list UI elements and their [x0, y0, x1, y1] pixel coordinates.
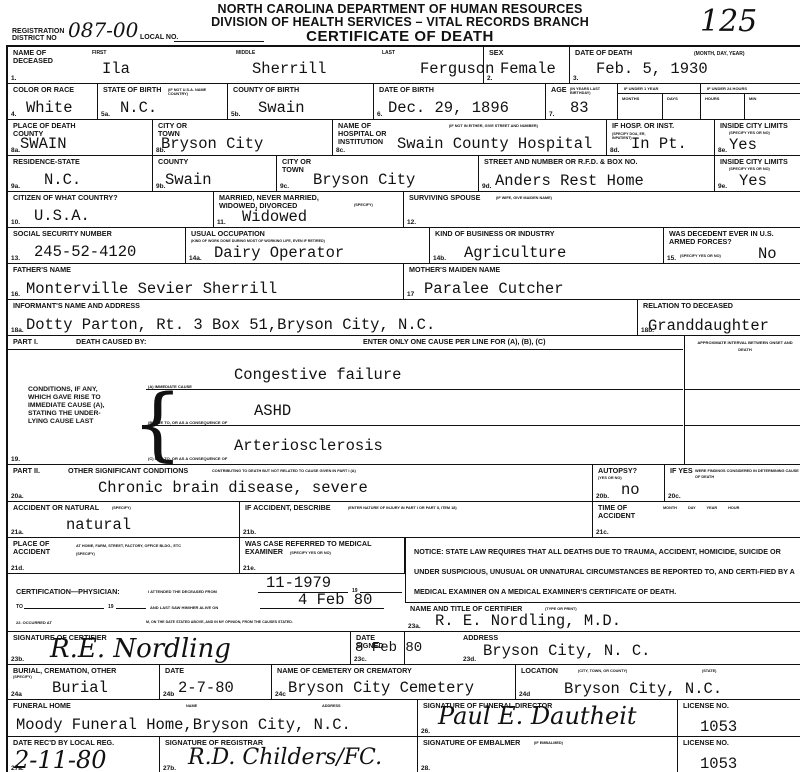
sex-value: Female: [500, 60, 556, 78]
state-of-birth-sublabel: (IF NOT U.S.A. NAME COUNTRY): [168, 88, 224, 96]
residence-inside-city-sublabel: (SPECIFY YES OR NO): [729, 167, 770, 171]
item-number: 23b.: [11, 656, 24, 663]
item-number: 20c.: [668, 493, 681, 500]
residence-inside-city-field: INSIDE CITY LIMITS (SPECIFY YES OR NO) Y…: [715, 156, 800, 192]
accident-describe-sublabel: (ENTER NATURE OF INJURY IN PART I OR PAR…: [348, 506, 457, 510]
embalmer-sublabel: (IF EMBALMED): [534, 741, 563, 745]
accident-natural-label: ACCIDENT OR NATURAL: [13, 504, 99, 512]
embalmer-license-label: LICENSE NO.: [683, 739, 729, 747]
funeral-address-sublabel: ADDRESS: [322, 704, 341, 708]
father-name-field: FATHER'S NAME Monterville Sevier Sherril…: [8, 264, 404, 300]
divider: [685, 389, 800, 390]
occupation-sublabel: (KIND OF WORK DONE DURING MOST OF WORKIN…: [191, 239, 421, 243]
armed-forces-sublabel: (SPECIFY YES OR NO): [680, 254, 721, 258]
father-name-value: Monterville Sevier Sherrill: [26, 280, 277, 298]
certifier-signature: R.E. Nordling: [50, 634, 231, 664]
disposition-date-field: DATE 2-7-80 24b: [160, 665, 272, 700]
item-number: 6.: [377, 111, 382, 118]
surviving-spouse-label: SURVIVING SPOUSE: [409, 194, 480, 202]
mother-maiden-name-label: MOTHER'S MAIDEN NAME: [409, 266, 500, 274]
autopsy-label: AUTOPSY?: [598, 467, 637, 475]
item-number: 23d.: [463, 656, 476, 663]
last-label: LAST: [382, 50, 395, 56]
date-of-birth-field: DATE OF BIRTH Dec. 29, 1896 6.: [374, 84, 546, 120]
registrar-signature: R.D. Childers/FC.: [188, 745, 382, 770]
death-inside-city-label: INSIDE CITY LIMITS: [720, 122, 788, 130]
year-line: [116, 608, 146, 609]
months-label: MONTHS: [622, 96, 639, 101]
age-value: 83: [570, 99, 589, 117]
certificate-number: 125: [700, 4, 757, 39]
item-number: 21d.: [11, 565, 24, 572]
interval-label: APPROXIMATE INTERVAL BETWEEN ONSET AND D…: [697, 339, 793, 353]
part1-label: PART I.: [13, 338, 38, 346]
date-received-value: 2-11-80: [14, 746, 107, 772]
location-value: Bryson City, N.C.: [564, 680, 722, 698]
cause-b-value: ASHD: [254, 402, 291, 420]
item-number: 21a.: [11, 529, 24, 536]
death-inside-city-value: Yes: [729, 136, 757, 154]
hospital-status-label: IF HOSP. OR INST.: [612, 122, 674, 130]
other-conditions-label: OTHER SIGNIFICANT CONDITIONS: [68, 467, 188, 475]
ssn-label: SOCIAL SECURITY NUMBER: [13, 230, 112, 238]
under-24-hours-label: IF UNDER 24 HOURS: [707, 86, 747, 91]
opinion-text: M, ON THE DATE STATED ABOVE, AND IN MY O…: [146, 620, 293, 624]
funeral-director-signature: Paul E. Dautheit: [438, 702, 637, 730]
mother-maiden-name-value: Paralee Cutcher: [424, 280, 564, 298]
local-no-label: LOCAL NO.: [140, 34, 178, 41]
item-number: 20a.: [11, 493, 24, 500]
father-name-label: FATHER'S NAME: [13, 266, 71, 274]
accident-natural-sublabel: (SPECIFY): [112, 506, 131, 510]
item-number: 18a.: [11, 327, 24, 334]
min-label: MIN: [749, 96, 756, 101]
death-county-field: PLACE OF DEATH COUNTY SWAIN 8a.: [8, 120, 153, 156]
item-number: 7.: [549, 111, 554, 118]
relation-field: RELATION TO DECEASED Granddaughter 18b.: [638, 300, 800, 336]
certifier-name-field: NAME AND TITLE OF CERTIFIER (Type or Pri…: [405, 603, 800, 632]
county-of-birth-label: COUNTY OF BIRTH: [233, 86, 299, 94]
autopsy-sublabel: (YES OR NO): [598, 476, 622, 480]
informant-label: INFORMANT'S NAME AND ADDRESS: [13, 302, 140, 310]
item-number: 17: [407, 291, 414, 298]
citizen-field: CITIZEN OF WHAT COUNTRY? U.S.A. 10.: [8, 192, 214, 228]
if-yes-sublabel: WERE FINDINGS CONSIDERED IN DETERMINING …: [695, 468, 799, 480]
business-value: Agriculture: [464, 244, 566, 262]
disposition-method-sublabel: (SPECIFY): [13, 675, 32, 679]
hospital-status-field: IF HOSP. OR INST. (Specify DOA, ER, Inpa…: [607, 120, 715, 156]
attended-text: I ATTENDED THE DECEASED FROM: [148, 589, 217, 594]
certification-label: CERTIFICATION—PHYSICIAN:: [16, 588, 120, 596]
ssn-value: 245-52-4120: [34, 243, 136, 261]
item-number: 21c.: [596, 529, 609, 536]
item-number: 28.: [421, 765, 430, 772]
residence-inside-city-label: INSIDE CITY LIMITS: [720, 158, 788, 166]
notice-text: NOTICE: STATE LAW REQUIRES THAT ALL DEAT…: [414, 542, 800, 602]
informant-value: Dotty Parton, Rt. 3 Box 51,Bryson City, …: [26, 316, 435, 334]
divider: [685, 425, 800, 426]
item-number: 3.: [573, 75, 578, 82]
item-number: 14b.: [433, 255, 446, 262]
item-number: 9d.: [482, 183, 491, 190]
under-1-year-header: IF UNDER 1 YEAR: [618, 84, 701, 94]
divider: [146, 389, 683, 390]
registration-label-line1: REGISTRATION: [12, 28, 64, 35]
item-number: 24b: [163, 691, 174, 698]
accident-natural-field: ACCIDENT OR NATURAL (SPECIFY) natural 21…: [8, 502, 240, 538]
armed-forces-value: No: [758, 245, 777, 263]
place-of-accident-label: PLACE OF ACCIDENT: [13, 540, 53, 556]
armed-label-line2: ARMED FORCES?: [669, 237, 732, 246]
autopsy-field: AUTOPSY? (YES OR NO) no 20b.: [593, 465, 665, 502]
item-number: 21b.: [243, 529, 256, 536]
business-field: KIND OF BUSINESS OR INDUSTRY Agriculture…: [430, 228, 664, 264]
item-number: 4.: [11, 111, 16, 118]
embalmer-signature-field: SIGNATURE OF EMBALMER (IF EMBALMED) 28.: [418, 737, 678, 772]
item-number: 8c.: [336, 147, 345, 154]
accident-natural-value: natural: [66, 516, 131, 534]
disposition-method-value: Burial: [52, 679, 108, 697]
physician-certification: CERTIFICATION—PHYSICIAN: I ATTENDED THE …: [8, 574, 405, 632]
residence-street-field: STREET AND NUMBER OR R.F.D. & BOX NO. An…: [479, 156, 715, 192]
state-of-birth-field: STATE OF BIRTH (IF NOT U.S.A. NAME COUNT…: [98, 84, 228, 120]
death-city-field: CITY OR TOWN Bryson City 8b.: [153, 120, 333, 156]
relation-label: RELATION TO DECEASED: [643, 302, 733, 310]
state-of-birth-value: N.C.: [120, 99, 157, 117]
item-number: 1.: [11, 75, 16, 82]
residence-state-value: N.C.: [44, 171, 81, 189]
date-of-death-field: DATE OF DEATH (MONTH, DAY, YEAR) Feb. 5,…: [570, 47, 800, 84]
residence-state-field: RESIDENCE-STATE N.C. 9a.: [8, 156, 153, 192]
registration-label-line2: DISTRICT NO: [12, 35, 64, 42]
item-number: 9e.: [718, 183, 727, 190]
occupation-field: USUAL OCCUPATION (KIND OF WORK DONE DURI…: [186, 228, 430, 264]
hospital-status-value: In Pt.: [631, 135, 687, 153]
county-of-birth-field: COUNTY OF BIRTH Swain 5b.: [228, 84, 374, 120]
time-of-accident-label: TIME OF ACCIDENT: [598, 504, 648, 520]
divider: [8, 349, 683, 350]
cause-c-value: Arteriosclerosis: [234, 437, 383, 455]
item-number: 9b.: [156, 183, 165, 190]
referred-to-me-sublabel: (SPECIFY YES OR NO): [290, 551, 331, 555]
date-signed-field: DATE SIGNED 8 Feb 80 23c.: [351, 632, 405, 665]
item-number: 24a: [11, 691, 22, 698]
residence-county-value: Swain: [165, 171, 212, 189]
conditions-instruction: CONDITIONS, IF ANY, WHICH GAVE RISE TO I…: [28, 386, 120, 426]
hospital-sublabel: (IF NOT IN EITHER, GIVE STREET AND NUMBE…: [449, 124, 538, 128]
color-race-value: White: [26, 99, 73, 117]
marital-sublabel: (SPECIFY): [354, 203, 373, 207]
hours-field: HOURS: [701, 94, 745, 120]
days-field: DAYS: [663, 94, 701, 120]
other-conditions-field: PART II. OTHER SIGNIFICANT CONDITIONS CO…: [8, 465, 593, 502]
item-number: 24c: [275, 691, 286, 698]
item-number: 27a.: [11, 765, 24, 772]
county-of-birth-value: Swain: [258, 99, 305, 117]
last-saw-text: AND LAST SAW HIM/HER ALIVE ON: [150, 605, 218, 610]
item-number: 19.: [11, 456, 20, 463]
first-name-value: Ila: [102, 60, 130, 78]
other-conditions-value: Chronic brain disease, severe: [98, 479, 368, 497]
color-race-label: COLOR OR RACE: [13, 86, 74, 94]
item-number: 8e.: [718, 147, 727, 154]
item-number: 23a.: [408, 623, 421, 630]
cause-a-value: Congestive failure: [234, 366, 401, 384]
disposition-date-value: 2-7-80: [178, 679, 234, 697]
name-of-deceased-field: NAME OF DECEASED FIRST MIDDLE LAST Ila S…: [8, 47, 484, 84]
cemetery-value: Bryson City Cemetery: [288, 679, 474, 697]
occupation-value: Dairy Operator: [214, 244, 344, 262]
department-heading: NORTH CAROLINA DEPARTMENT OF HUMAN RESOU…: [0, 2, 800, 16]
date-of-death-label: DATE OF DEATH: [575, 49, 632, 57]
item-number: 8d.: [610, 147, 619, 154]
autopsy-value: no: [621, 481, 640, 499]
certifier-address-label: ADDRESS: [463, 634, 498, 642]
under-24-hours-header: IF UNDER 24 HOURS: [701, 84, 800, 94]
part2-label: PART II.: [13, 467, 40, 475]
cause-c-label: (c) DUE TO, OR AS A CONSEQUENCE OF: [148, 456, 227, 461]
sex-field: SEX Female 2.: [484, 47, 570, 84]
director-license-field: LICENSE NO. 1053: [678, 700, 800, 737]
hospital-label: NAME OF HOSPITAL OR INSTITUTION: [338, 122, 394, 146]
certifier-address-field: ADDRESS Bryson City, N. C. 23d.: [405, 632, 800, 665]
middle-label: MIDDLE: [236, 50, 255, 56]
item-number: 11.: [217, 219, 226, 226]
armed-forces-field: WAS DECEDENT EVER IN U.S.ARMED FORCES? (…: [664, 228, 800, 264]
color-race-field: COLOR OR RACE White 4.: [8, 84, 98, 120]
occupation-label: USUAL OCCUPATION: [191, 230, 265, 238]
item-number: 13.: [11, 255, 20, 262]
accident-describe-label: IF ACCIDENT, DESCRIBE: [245, 504, 331, 512]
residence-state-label: RESIDENCE-STATE: [13, 158, 80, 166]
time-of-accident-field: TIME OF ACCIDENT MONTH DAY YEAR HOUR 21c…: [593, 502, 800, 538]
marital-status-field: MARRIED, NEVER MARRIED,WIDOWED, DIVORCED…: [214, 192, 404, 228]
item-number: 12.: [407, 219, 416, 226]
location-sublabel: (CITY, TOWN, OR COUNTY): [578, 669, 627, 673]
residence-city-label: CITY OR TOWN: [282, 158, 312, 174]
item-number: 27b.: [163, 765, 176, 772]
certifier-signature-field: SIGNATURE OF CERTIFIER R.E. Nordling 23b…: [8, 632, 351, 665]
other-conditions-sublabel: CONTRIBUTING TO DEATH BUT NOT RELATED TO…: [212, 469, 356, 473]
middle-name-value: Sherrill: [252, 60, 326, 78]
interval-column: APPROXIMATE INTERVAL BETWEEN ONSET AND D…: [685, 336, 800, 465]
item-number: 20b.: [596, 493, 609, 500]
date-of-birth-label: DATE OF BIRTH: [379, 86, 434, 94]
residence-county-label: COUNTY: [158, 158, 188, 166]
informant-field: INFORMANT'S NAME AND ADDRESS Dotty Parto…: [8, 300, 638, 336]
certifier-address-value: Bryson City, N. C.: [483, 642, 650, 660]
mother-maiden-name-field: MOTHER'S MAIDEN NAME Paralee Cutcher 17: [404, 264, 800, 300]
item-number: 15.: [667, 255, 676, 262]
citizen-value: U.S.A.: [34, 207, 90, 225]
to-text: TO: [16, 604, 23, 610]
residence-street-label: STREET AND NUMBER OR R.F.D. & BOX NO.: [484, 158, 637, 166]
year-prefix: 19: [108, 604, 114, 610]
item-number: 21e.: [243, 565, 256, 572]
hospital-field: NAME OF HOSPITAL OR INSTITUTION (IF NOT …: [333, 120, 607, 156]
name-label: NAME OF DECEASED: [13, 49, 73, 65]
funeral-home-value: Moody Funeral Home,Bryson City, N.C.: [16, 716, 351, 734]
age-field: AGE (IN YEARS LAST BIRTHDAY) 83 7.: [546, 84, 618, 120]
residence-city-value: Bryson City: [313, 171, 415, 189]
item-number: 26.: [421, 728, 430, 735]
item-number: 5a.: [101, 111, 110, 118]
date-of-death-sublabel: (MONTH, DAY, YEAR): [694, 51, 745, 57]
relation-value: Granddaughter: [648, 317, 769, 335]
citizen-label: CITIZEN OF WHAT COUNTRY?: [13, 194, 118, 202]
funeral-home-field: FUNERAL HOME NAME ADDRESS Moody Funeral …: [8, 700, 418, 737]
item-number: 5b.: [231, 111, 240, 118]
last-saw-value: 4 Feb 80: [298, 591, 372, 609]
divider: [146, 425, 683, 426]
age-label: AGE: [551, 86, 567, 94]
business-label: KIND OF BUSINESS OR INDUSTRY: [435, 230, 555, 238]
state-of-birth-label: STATE OF BIRTH: [103, 86, 161, 94]
surviving-spouse-field: SURVIVING SPOUSE (IF WIFE, GIVE MAIDEN N…: [404, 192, 800, 228]
medical-examiner-notice: NOTICE: STATE LAW REQUIRES THAT ALL DEAT…: [405, 538, 800, 603]
days-label: DAYS: [667, 96, 678, 101]
item-number: 9a.: [11, 183, 20, 190]
date-of-birth-value: Dec. 29, 1896: [388, 99, 509, 117]
ssn-field: SOCIAL SECURITY NUMBER 245-52-4120 13.: [8, 228, 186, 264]
item-number: 14a.: [189, 255, 202, 262]
attended-from-value: 11-1979: [266, 574, 331, 592]
funeral-home-label: FUNERAL HOME: [13, 702, 71, 710]
embalmer-license-field: LICENSE NO. 1053: [678, 737, 800, 772]
residence-city-field: CITY OR TOWN Bryson City 9c.: [277, 156, 479, 192]
registrar-signature-field: SIGNATURE OF REGISTRAR R.D. Childers/FC.…: [160, 737, 418, 772]
autopsy-findings-field: IF YES WERE FINDINGS CONSIDERED IN DETER…: [665, 465, 800, 502]
director-license-label: LICENSE NO.: [683, 702, 729, 710]
item-number: 10.: [11, 219, 20, 226]
cause-instruction: ENTER ONLY ONE CAUSE PER LINE FOR (a), (…: [363, 338, 546, 346]
item-number: 24d: [519, 691, 530, 698]
sex-label: SEX: [489, 49, 503, 57]
registration-district-no: 087-00: [68, 18, 138, 42]
place-of-accident-sublabel: AT HOME, FARM, STREET, FACTORY, OFFICE B…: [76, 542, 186, 558]
under-1-year-label: IF UNDER 1 YEAR: [624, 86, 658, 91]
referred-to-me-field: WAS CASE REFERRED TO MEDICAL EXAMINER (S…: [240, 538, 405, 574]
funeral-director-signature-field: SIGNATURE OF FUNERAL DIRECTOR Paul E. Da…: [418, 700, 678, 737]
disposition-method-field: BURIAL, CREMATION, OTHER (SPECIFY) Buria…: [8, 665, 160, 700]
item-number: 8b.: [156, 147, 165, 154]
item-number: 8a.: [11, 147, 20, 154]
death-inside-city-field: INSIDE CITY LIMITS (SPECIFY YES OR NO) Y…: [715, 120, 800, 156]
occurred-text: 22. OCCURRED AT: [16, 620, 52, 625]
date-received-field: DATE REC'D BY LOCAL REG. 2-11-80 27a.: [8, 737, 160, 772]
hospital-value: Swain County Hospital: [397, 135, 592, 153]
embalmer-signature-label: SIGNATURE OF EMBALMER: [423, 739, 520, 747]
date-of-death-value: Feb. 5, 1930: [596, 60, 708, 78]
marital-status-value: Widowed: [242, 208, 307, 226]
funeral-name-sublabel: NAME: [186, 704, 197, 708]
if-yes-label: IF YES: [670, 467, 693, 475]
to-line: [24, 608, 104, 609]
location-state-sublabel: (STATE): [702, 669, 716, 673]
disposition-date-label: DATE: [165, 667, 184, 675]
death-caused-by-label: DEATH CAUSED BY:: [76, 338, 146, 346]
residence-street-value: Anders Rest Home: [495, 172, 644, 190]
residence-inside-city-value: Yes: [739, 172, 767, 190]
cause-of-death-section: PART I. DEATH CAUSED BY: ENTER ONLY ONE …: [8, 336, 685, 465]
months-field: MONTHS: [618, 94, 663, 120]
location-label: LOCATION: [521, 667, 558, 675]
accident-describe-field: IF ACCIDENT, DESCRIBE (ENTER NATURE OF I…: [240, 502, 593, 538]
hours-label: HOURS: [705, 96, 719, 101]
item-number: 23c.: [354, 656, 367, 663]
min-field: MIN: [745, 94, 800, 120]
certifier-name-value: R. E. Nordling, M.D.: [435, 612, 621, 630]
item-number: 16.: [11, 291, 20, 298]
registration-label: REGISTRATION DISTRICT NO: [12, 28, 64, 42]
death-certificate-form: NAME OF DECEASED FIRST MIDDLE LAST Ila S…: [6, 45, 800, 772]
cemetery-label: NAME OF CEMETERY OR CREMATORY: [277, 667, 412, 675]
place-of-accident-field: PLACE OF ACCIDENT AT HOME, FARM, STREET,…: [8, 538, 240, 574]
armed-forces-label: WAS DECEDENT EVER IN U.S.ARMED FORCES?: [669, 230, 799, 246]
death-county-value: SWAIN: [20, 135, 67, 153]
age-sublabel: (IN YEARS LAST BIRTHDAY): [570, 87, 616, 95]
time-of-accident-sublabel: MONTH DAY YEAR HOUR: [663, 506, 739, 510]
surviving-spouse-sublabel: (IF WIFE, GIVE MAIDEN NAME): [496, 196, 552, 200]
location-field: LOCATION (CITY, TOWN, OR COUNTY) (STATE)…: [516, 665, 800, 700]
embalmer-license-value: 1053: [700, 755, 737, 772]
certifier-name-sublabel: (Type or Print): [545, 607, 577, 611]
cemetery-field: NAME OF CEMETERY OR CREMATORY Bryson Cit…: [272, 665, 516, 700]
director-license-value: 1053: [700, 718, 737, 736]
residence-county-field: COUNTY Swain 9b.: [153, 156, 277, 192]
item-number: 18b.: [641, 327, 654, 334]
death-inside-city-sublabel: (SPECIFY YES OR NO): [729, 131, 770, 135]
disposition-method-label: BURIAL, CREMATION, OTHER: [13, 667, 116, 675]
local-no-line: [174, 41, 264, 42]
death-city-value: Bryson City: [161, 135, 263, 153]
first-label: FIRST: [92, 50, 106, 56]
item-number: 9c.: [280, 183, 289, 190]
item-number: 2.: [487, 75, 492, 82]
